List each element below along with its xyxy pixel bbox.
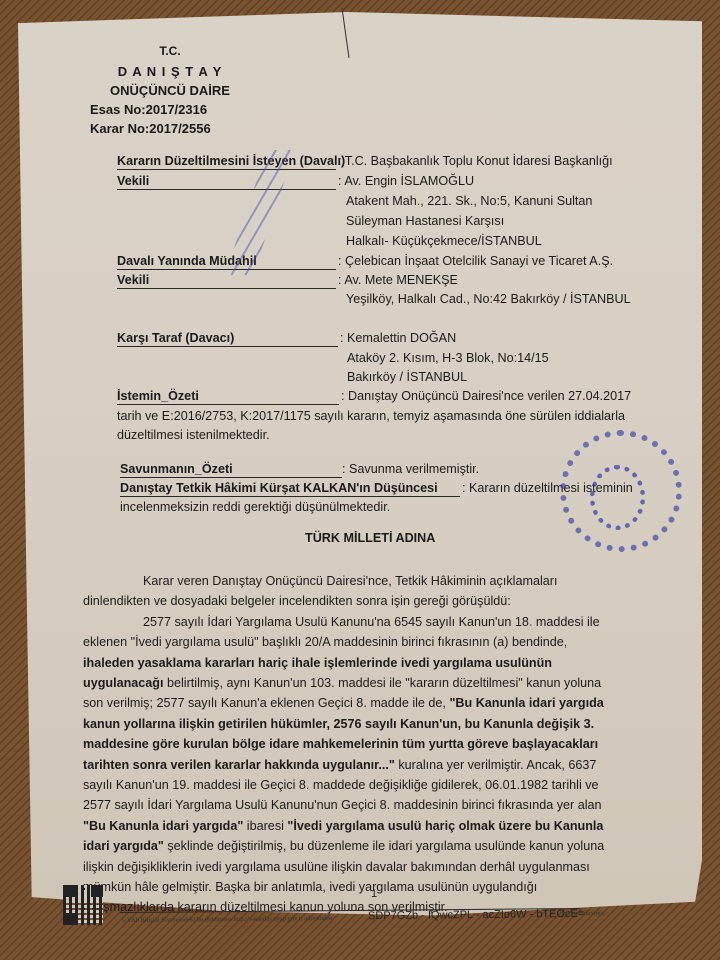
header-tc: T.C. — [120, 44, 220, 58]
savunma-text: Savunma verilmemiştir. — [349, 462, 479, 476]
body-line: ilişkin değişikliklerin ivedi yargılama … — [83, 860, 691, 874]
body-line: dinlendikten ve dosyadaki belgeler incel… — [83, 594, 691, 608]
istem-text-1: Danıştay Onüçüncü Dairesi'nce verilen 27… — [348, 389, 631, 403]
body-line: 2577 sayılı İdari Yargılama Usulü Kanunu… — [143, 615, 720, 629]
applicant-lawyer-address-3: Halkalı- Küçükçekmece/İSTANBUL — [346, 234, 542, 248]
bold-text: kanun yollarına ilişkin getirilen hüküml… — [83, 717, 594, 731]
party-value-respondent: : Kemalettin DOĞAN — [340, 331, 456, 345]
party-label-respondent: Karşı Taraf (Davacı) — [117, 331, 338, 347]
savunma-value: : Savunma verilmemiştir. — [342, 462, 479, 476]
party-label-intervener-lawyer: Vekili — [117, 273, 336, 289]
body-line: eklenen "İvedi yargılama usulü" başlıklı… — [83, 635, 691, 649]
esas-number: Esas No:2017/2316 — [90, 102, 207, 117]
istem-line-1: : Danıştay Onüçüncü Dairesi'nce verilen … — [341, 389, 631, 403]
body-line: tarihten sonra verilen kararlar hakkında… — [83, 758, 691, 772]
istem-line-2: tarih ve E:2016/2753, K:2017/1175 sayılı… — [117, 409, 625, 423]
party-label-intervener: Davalı Yanında Müdahil — [117, 254, 336, 270]
uyap-notice: UYAP Bilişim Sistemindeki bu dokümana ht… — [122, 915, 332, 924]
body-line: mümkün hâle gelmiştir. Başka bir anlatım… — [83, 880, 691, 894]
body-text: 2577 sayılı İdari Yargılama Usulü Kanunu… — [83, 798, 602, 812]
applicant-lawyer-name: Av. Engin İSLAMOĞLU — [344, 174, 474, 188]
body-text: Karar veren Danıştay Onüçüncü Dairesi'nc… — [143, 574, 557, 588]
body-line: kanun yollarına ilişkin getirilen hüküml… — [83, 717, 691, 731]
decision-title: TÜRK MİLLETİ ADINA — [305, 531, 435, 545]
body-text: eklenen "İvedi yargılama usulü" başlıklı… — [83, 635, 567, 649]
respondent-address-2: Bakırköy / İSTANBUL — [347, 370, 467, 384]
body-line: uygulanacağı belirtilmiş, aynı Kanun'un … — [83, 676, 691, 690]
respondent-address-1: Ataköy 2. Kısım, H-3 Blok, No:14/15 — [347, 351, 549, 365]
body-line: ihaleden yasaklama kararları hariç ihale… — [83, 656, 691, 670]
party-label-applicant: Kararın Düzeltilmesini İsteyen (Davalı) — [117, 154, 336, 170]
page-number: 1 — [371, 888, 377, 900]
bold-text: "Bu Kanunla idari yargıda" — [83, 819, 243, 833]
savunma-label: Savunmanın_Özeti — [120, 462, 342, 478]
dusunce-line-2: incelenmeksizin reddi gerektiği düşünülm… — [120, 500, 390, 514]
bold-text: "İvedi yargılama usulü hariç olmak üzere… — [287, 819, 603, 833]
applicant-name: T.C. Başbakanlık Toplu Konut İdaresi Baş… — [345, 154, 613, 168]
intervener-lawyer-name: Av. Mete MENEKŞE — [344, 273, 458, 287]
round-seal-inner — [590, 465, 645, 530]
karar-number: Karar No:2017/2556 — [90, 121, 211, 136]
body-text: dinlendikten ve dosyadaki belgeler incel… — [83, 594, 511, 608]
verification-code: SDP7GZb - IQwcZPL - acZIo6W - bTEOcE= — [368, 908, 584, 922]
header-danistay: D A N I Ş T A Y — [90, 64, 250, 79]
bold-text: "Bu Kanunla idari yargıda — [449, 696, 603, 710]
body-text: mümkün hâle gelmiştir. Başka bir anlatım… — [83, 880, 537, 894]
bold-text: uygulanacağı — [83, 676, 163, 690]
istem-line-3: düzeltilmesi istenilmektedir. — [117, 428, 270, 442]
body-text: ibaresi — [243, 819, 287, 833]
intervener-lawyer-address: Yeşilköy, Halkalı Cad., No:42 Bakırköy /… — [346, 292, 631, 306]
respondent-name: Kemalettin DOĞAN — [347, 331, 456, 345]
body-text: 2577 sayılı İdari Yargılama Usulü Kanunu… — [143, 615, 600, 629]
body-text: son verilmiş; 2577 sayılı Kanun'a eklene… — [83, 696, 449, 710]
body-text: kuralına yer verilmiştir. Ancak, 6637 — [395, 758, 597, 772]
body-line: Karar veren Danıştay Onüçüncü Dairesi'nc… — [143, 574, 720, 588]
party-value-applicant: : T.C. Başbakanlık Toplu Konut İdaresi B… — [338, 154, 613, 168]
dusunce-label: Danıştay Tetkik Hâkimi Kürşat KALKAN'ın … — [120, 481, 460, 497]
body-text: sayılı Kanun'un 19. maddesi ile Geçici 8… — [83, 778, 599, 792]
body-text: ilişkin değişikliklerin ivedi yargılama … — [83, 860, 590, 874]
body-line: idari yargıda" şeklinde değiştirilmiş, b… — [83, 839, 691, 853]
body-line: "Bu Kanunla idari yargıda" ibaresi "İved… — [83, 819, 691, 833]
istem-label: İstemin_Özeti — [117, 389, 339, 405]
bold-text: idari yargıda" — [83, 839, 164, 853]
qr-code-icon — [63, 885, 103, 925]
body-text: şeklinde değiştirilmiş, bu düzenleme ile… — [164, 839, 604, 853]
body-line: sayılı Kanun'un 19. maddesi ile Geçici 8… — [83, 778, 691, 792]
applicant-lawyer-address-1: Atakent Mah., 221. Sk., No:5, Kanuni Sul… — [346, 194, 592, 208]
party-value-intervener: : Çelebican İnşaat Otelcilik Sanayi ve T… — [338, 254, 613, 268]
party-value-applicant-lawyer: : Av. Engin İSLAMOĞLU — [338, 174, 474, 188]
party-label-applicant-lawyer: Vekili — [117, 174, 336, 190]
bold-text: tarihten sonra verilen kararlar hakkında… — [83, 758, 395, 772]
header-daire: ONÜÇÜNCÜ DAİRE — [80, 83, 260, 98]
bold-text: maddesine göre kurulan bölge idare mahke… — [83, 737, 598, 751]
uyap-notice-tail: ile erişebilirsiniz. — [560, 910, 605, 917]
party-value-intervener-lawyer: : Av. Mete MENEKŞE — [338, 273, 458, 287]
body-line: maddesine göre kurulan bölge idare mahke… — [83, 737, 691, 751]
bold-text: ihaleden yasaklama kararları hariç ihale… — [83, 656, 552, 670]
intervener-name: Çelebican İnşaat Otelcilik Sanayi ve Tic… — [345, 254, 613, 268]
body-line: son verilmiş; 2577 sayılı Kanun'a eklene… — [83, 696, 691, 710]
body-text: belirtilmiş, aynı Kanun'un 103. maddesi … — [163, 676, 601, 690]
body-line: 2577 sayılı İdari Yargılama Usulü Kanunu… — [83, 798, 691, 812]
applicant-lawyer-address-2: Süleyman Hastanesi Karşısı — [346, 214, 504, 228]
